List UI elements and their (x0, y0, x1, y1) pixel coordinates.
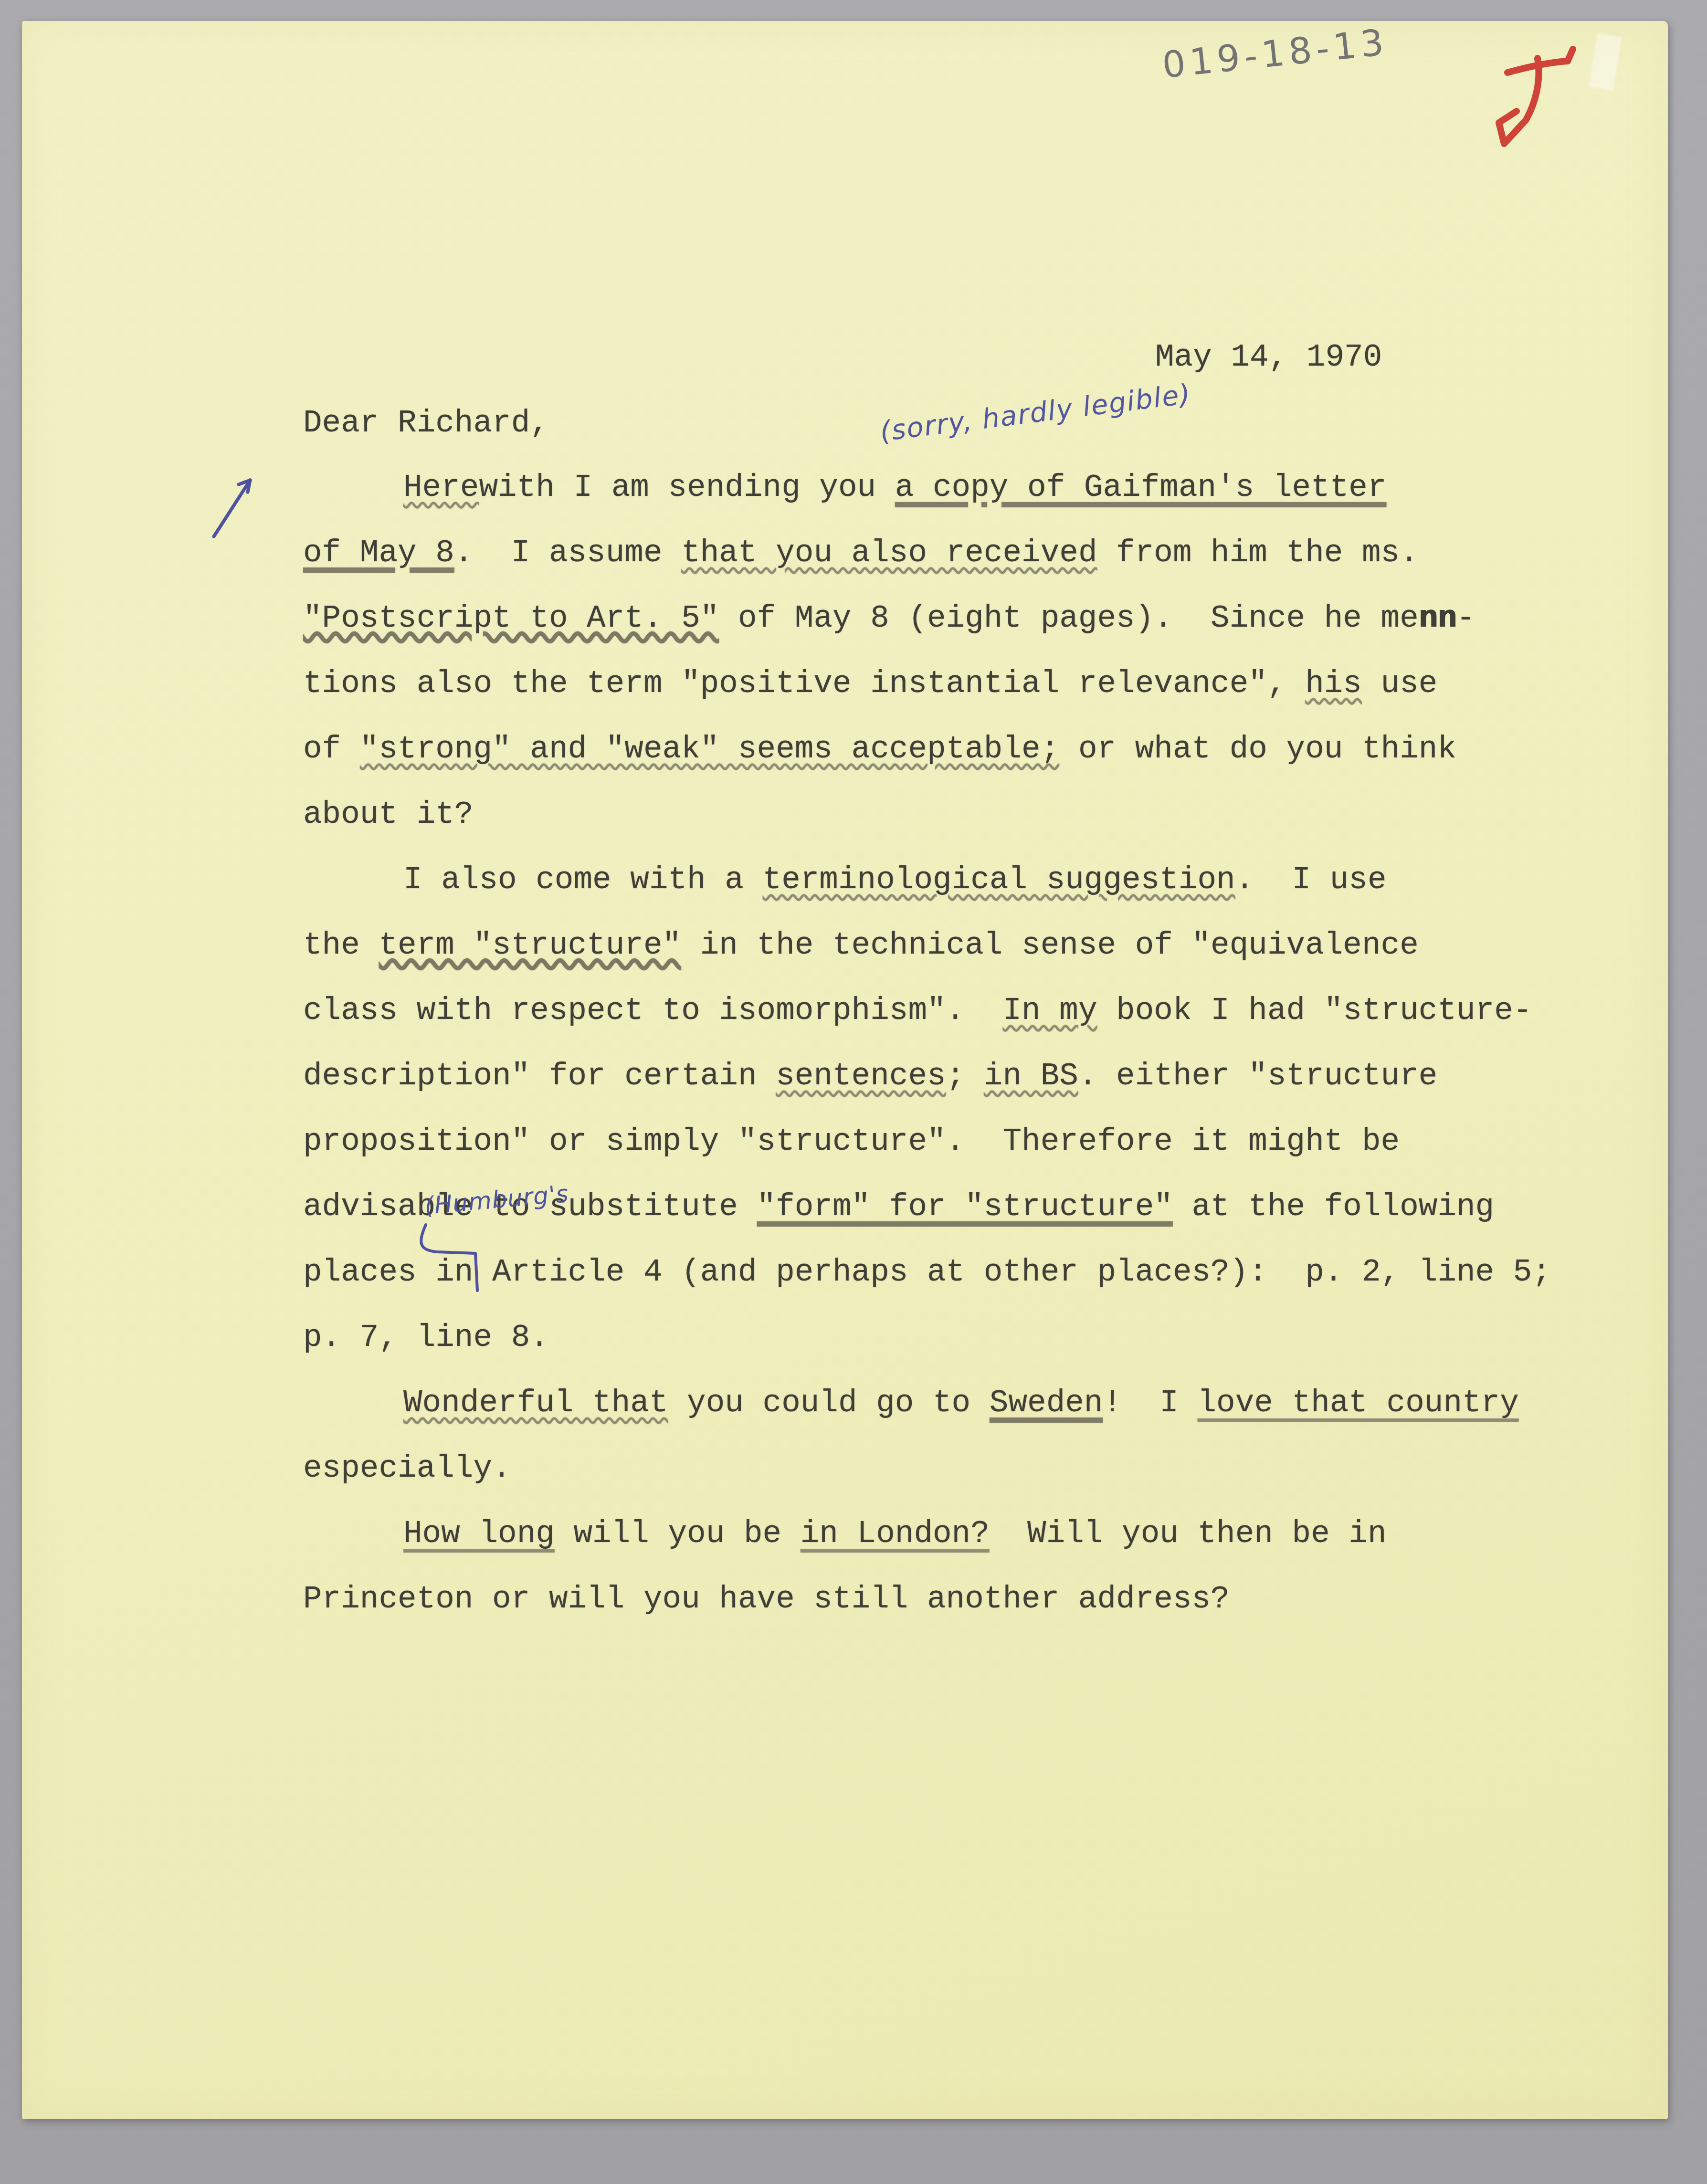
typed-text: the (303, 927, 379, 963)
underlined-phrase: sentences (776, 1058, 946, 1094)
typed-text: book I had "structure- (1097, 993, 1532, 1029)
typed-line: class with respect to isomorphism". In m… (303, 993, 1532, 1029)
typed-text: . I use (1235, 862, 1387, 898)
typed-text: from him the ms. (1097, 535, 1418, 571)
typed-line: about it? (303, 797, 473, 832)
underlined-phrase: "Postscript to Art. 5" (303, 600, 719, 636)
typed-text: or what do you think (1059, 731, 1456, 767)
typed-text: . I assume (454, 535, 681, 571)
typed-text: proposition" or simply "structure". Ther… (303, 1123, 1400, 1159)
date-line: May 14, 1970 (1155, 340, 1382, 375)
typed-text: at the following (1173, 1189, 1494, 1225)
typed-text: about it? (303, 797, 473, 832)
typed-text: of May 8 (eight pages). Since he me (719, 600, 1418, 636)
typed-text: Will you then be in (990, 1516, 1387, 1552)
typed-line: Wonderful that you could go to Sweden! I… (403, 1386, 1519, 1421)
typed-text: use (1362, 666, 1437, 702)
typed-text: ! I (1103, 1385, 1197, 1421)
underlined-phrase: a copy of Gaifman's letter (895, 470, 1387, 505)
typed-line: I also come with a terminological sugges… (403, 862, 1387, 898)
typed-line: "Postscript to Art. 5" of May 8 (eight p… (303, 601, 1475, 636)
underlined-phrase: that you also received (681, 535, 1097, 571)
underlined-phrase: How long (403, 1516, 555, 1552)
typed-line: tions also the term "positive instantial… (303, 666, 1437, 702)
typed-text: class with respect to isomorphism". (303, 993, 1002, 1029)
typed-text: - (1456, 600, 1475, 636)
typed-line: p. 7, line 8. (303, 1320, 549, 1355)
underlined-phrase: his (1305, 666, 1362, 702)
typed-text: will you be (555, 1516, 801, 1552)
underlined-phrase: In my (1002, 993, 1097, 1029)
underlined-phrase: in BS (984, 1058, 1078, 1094)
tape-strip (1590, 34, 1622, 90)
typed-text: Princeton or will you have still another… (303, 1581, 1230, 1617)
typed-text: I also come with a (403, 862, 763, 898)
typed-line: How long will you be in London? Will you… (403, 1516, 1387, 1552)
underlined-phrase: in London? (801, 1516, 990, 1552)
typed-text: of (303, 731, 360, 767)
underlined-phrase: of May 8 (303, 535, 454, 571)
typed-text: p. 7, line 8. (303, 1320, 549, 1355)
typed-line: description" for certain sentences; in B… (303, 1059, 1437, 1094)
typed-text: description" for certain (303, 1058, 776, 1094)
typed-text: places in Article 4 (and perhaps at othe… (303, 1254, 1551, 1290)
typed-text: especially. (303, 1450, 511, 1486)
typed-text: nn (1419, 600, 1456, 636)
underlined-phrase: "form" for "structure" (757, 1189, 1173, 1225)
typed-text: ; (946, 1058, 984, 1094)
typed-line: the term "structure" in the technical se… (303, 928, 1419, 963)
underlined-phrase: love that country (1198, 1385, 1519, 1421)
typed-text: you could go to (668, 1385, 990, 1421)
underlined-phrase: "strong" and "weak" seems acceptable; (360, 731, 1059, 767)
underlined-phrase: terminological suggestion (763, 862, 1235, 898)
typed-text: with I am sending you (479, 470, 895, 505)
typed-text: . either "structure (1078, 1058, 1438, 1094)
typed-text: tions also the term "positive instantial… (303, 666, 1305, 702)
typed-line: Princeton or will you have still another… (303, 1582, 1230, 1617)
scan-background: { "colors":{ "background_gray":"#a7a7ab"… (0, 0, 1707, 2184)
typed-line: of May 8. I assume that you also receive… (303, 535, 1419, 571)
typed-line: especially. (303, 1451, 511, 1486)
underlined-phrase: Wonderful that (403, 1385, 668, 1421)
underlined-phrase: Sweden (990, 1385, 1103, 1421)
underlined-phrase: Here (403, 470, 479, 505)
typed-line: of "strong" and "weak" seems acceptable;… (303, 732, 1456, 767)
typed-text: in the technical sense of "equivalence (681, 927, 1419, 963)
underlined-phrase: term "structure" (379, 927, 681, 963)
typed-line: Herewith I am sending you a copy of Gaif… (403, 470, 1387, 505)
typed-line: proposition" or simply "structure". Ther… (303, 1124, 1400, 1159)
typed-line: places in Article 4 (and perhaps at othe… (303, 1255, 1551, 1290)
salutation-line: Dear Richard, (303, 406, 549, 441)
